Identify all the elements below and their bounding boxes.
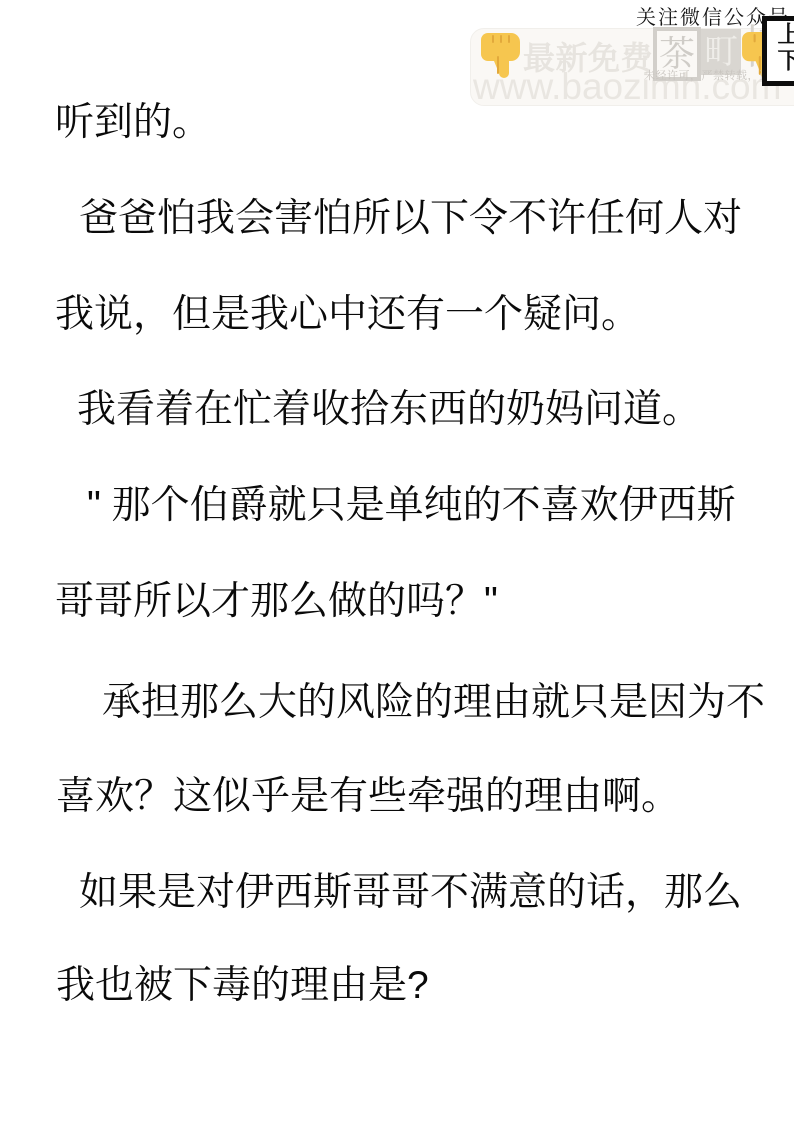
text-line: 哥哥所以才那么做的吗？" — [55, 582, 498, 621]
text-line: 如果是对伊西斯哥哥不满意的话，那么 — [79, 873, 742, 912]
novel-reader-page: 关注微信公众号 最新免费 www.baozimh.com 茶 町 棒 上 下 未… — [0, 0, 794, 1122]
watermark-promo-text: 最新免费 — [523, 33, 653, 79]
text-line: 喜欢？这似乎是有些牵强的理由啊。 — [56, 777, 680, 816]
text-line: 听到的。 — [55, 103, 211, 142]
text-line: 承担那么大的风险的理由就只是因为不 — [102, 683, 765, 722]
stamp-glyph-bottom: 下 — [767, 47, 794, 73]
pointing-down-finger-icon — [480, 30, 522, 80]
text-line: " 那个伯爵就只是单纯的不喜欢伊西斯 — [87, 486, 736, 525]
text-line: 我说，但是我心中还有一个疑问。 — [55, 295, 640, 334]
site-logo-stamp: 上 下 — [762, 16, 794, 86]
stamp-glyph-top: 上 — [767, 21, 794, 47]
text-line: 我也被下毒的理由是? — [56, 966, 429, 1005]
text-line: 爸爸怕我会害怕所以下令不许任何人对 — [79, 199, 742, 238]
text-line: 我看着在忙着收拾东西的奶妈问道。 — [77, 390, 701, 429]
